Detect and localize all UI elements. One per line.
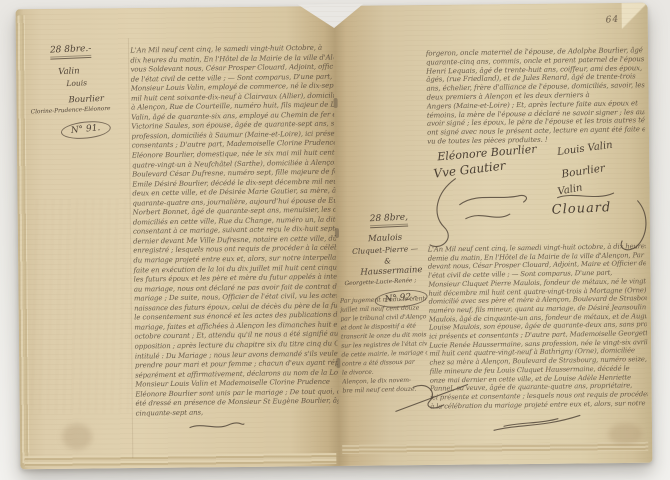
text-line: cinquante-sept ans, — [136, 406, 339, 419]
act92-body-text: L'An Mil neuf cent cinq, le samedi vingt… — [428, 242, 649, 411]
closing-flourish-act92 — [492, 413, 584, 434]
signature-witness-father: Bourlier — [561, 162, 606, 180]
ink-bleedthrough-texture — [30, 198, 132, 414]
act91-continuation-text: forgeron, oncle maternel de l'épouse, de… — [426, 46, 645, 146]
margin-ampersand-act92: & — [384, 256, 391, 265]
page-stack-edge-bottom-left — [24, 453, 336, 467]
margin-date-act92: 28 8bre, — [370, 213, 409, 229]
page-stack-edge-left — [16, 15, 30, 463]
signature-paraph-flourish — [425, 174, 536, 255]
scanned-register-photo: 64 28 8bre.- Valin Louis Bourlier Clorin… — [0, 0, 670, 480]
folio-number: 64 — [605, 15, 619, 26]
margin-bride-firstnames-act91: Clorine-Prudence-Eléonore — [31, 106, 111, 116]
closing-flourish-act91-left — [188, 421, 246, 432]
act-number-91: N° 91. — [60, 119, 111, 141]
register-book-spread: 64 28 8bre.- Valin Louis Bourlier Clorin… — [16, 3, 653, 470]
margin-bride-surname-act92: Haussermaine — [360, 265, 423, 278]
page-stack-edge-bottom-right — [342, 442, 648, 454]
margin-bride-surname-act91: Bourlier — [68, 94, 104, 106]
dog-ear-corner — [622, 3, 648, 29]
margin-groom-firstnames-act92: Cluquet-Pierre — — [352, 244, 418, 256]
act91-body-text: L'An Mil neuf cent cinq, le samedi vingt… — [130, 44, 339, 419]
margin-date-act91: 28 8bre.- — [50, 44, 92, 60]
signature-officer: Clouard — [551, 200, 611, 218]
binding-stitch-icon — [334, 98, 338, 108]
spine-top-gap — [298, 4, 364, 29]
margin-groom-surname-act91: Valin — [58, 66, 80, 77]
paper-stain — [62, 424, 92, 450]
margin-groom-firstname-act91: Louis — [66, 78, 87, 88]
margin-groom-surname-act92: Maulois — [368, 233, 403, 245]
